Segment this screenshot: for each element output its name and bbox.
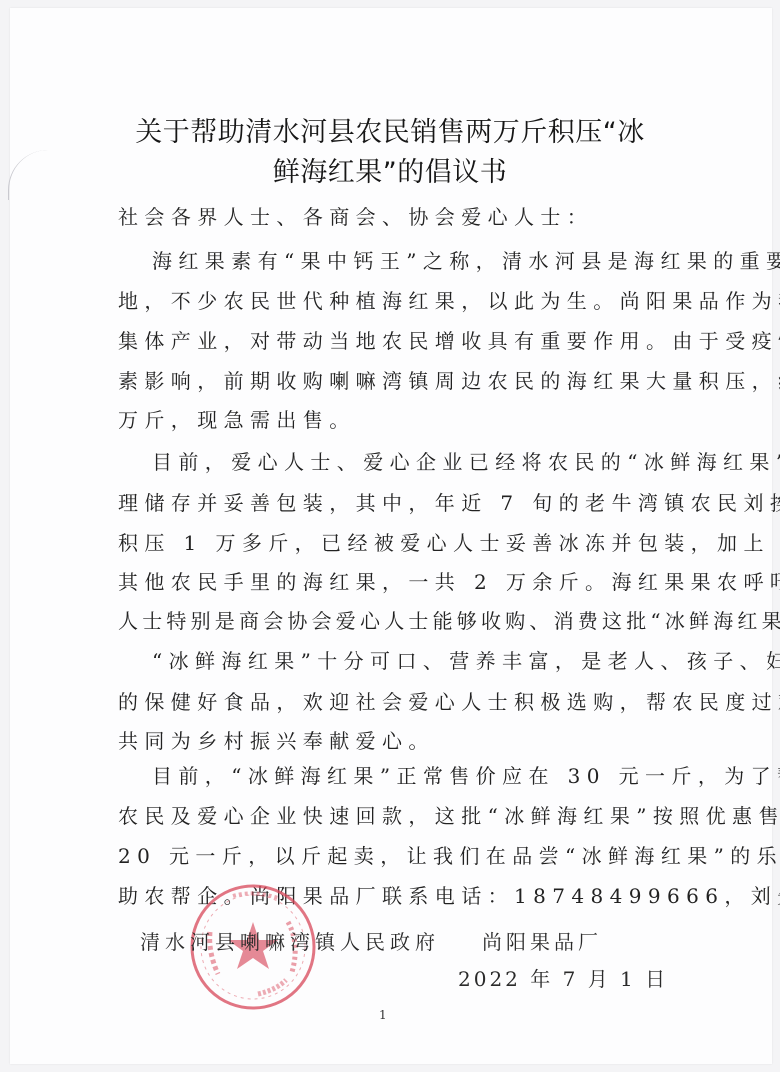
signature-township-government: 清水河县喇嘛湾镇人民政府 (140, 926, 440, 955)
paragraph-2-line-3: 积压 1 万多斤，已经被爱心人士妥善冰冻并包装，加上 2 个乡镇 (118, 530, 698, 556)
paragraph-1-line-4: 素影响，前期收购喇嘛湾镇周边农民的海红果大量积压，约有 2 (118, 368, 698, 394)
paragraph-1-line-2: 地，不少农民世代种植海红果，以此为生。尚阳果品作为我镇村 (118, 288, 698, 314)
paragraph-2-line-4: 其他农民手里的海红果，一共 2 万余斤。海红果果农呼吁：各界 (118, 569, 698, 595)
paragraph-3-line-2: 的保健好食品，欢迎社会爱心人士积极选购，帮农民度过难关， (118, 689, 698, 715)
paragraph-4-line-3: 20 元一斤，以斤起卖，让我们在品尝“冰鲜海红果”的乐趣中 (118, 843, 698, 869)
paragraph-3-line-1: “冰鲜海红果”十分可口、营养丰富，是老人、孩子、妇女 (152, 648, 732, 674)
paragraph-4-line-2: 农民及爱心企业快速回款，这批“冰鲜海红果”按照优惠售价 (118, 803, 698, 829)
paragraph-1-line-1: 海红果素有“果中钙王”之称，清水河县是海红果的重要产 (152, 248, 732, 274)
salutation: 社会各界人士、各商会、协会爱心人士： (118, 204, 698, 230)
paragraph-4-line-1: 目前，“冰鲜海红果”正常售价应在 30 元一斤，为了帮助 (152, 763, 732, 789)
paragraph-2-line-1: 目前，爱心人士、爱心企业已经将农民的“冰鲜海红果”合 (152, 449, 732, 475)
document-date: 2022 年 7 月 1 日 (458, 963, 668, 992)
paragraph-2-line-5: 人士特别是商会协会爱心人士能够收购、消费这批“冰鲜海红果”。 (118, 608, 698, 634)
document-title-line-2: 鲜海红果”的倡议书 (0, 150, 780, 189)
signature-fruit-factory: 尚阳果品厂 (482, 926, 602, 955)
paragraph-1-line-5: 万斤，现急需出售。 (118, 407, 698, 433)
paragraph-1-line-3: 集体产业，对带动当地农民增收具有重要作用。由于受疫情等因 (118, 328, 698, 354)
page-number: 1 (379, 1008, 387, 1022)
paragraph-2-line-2: 理储存并妥善包装，其中，年近 7 旬的老牛湾镇农民刘挨祥一家 (118, 490, 698, 516)
paragraph-3-line-3: 共同为乡村振兴奉献爱心。 (118, 728, 698, 754)
document-title-line-1: 关于帮助清水河县农民销售两万斤积压“冰 (0, 110, 780, 149)
